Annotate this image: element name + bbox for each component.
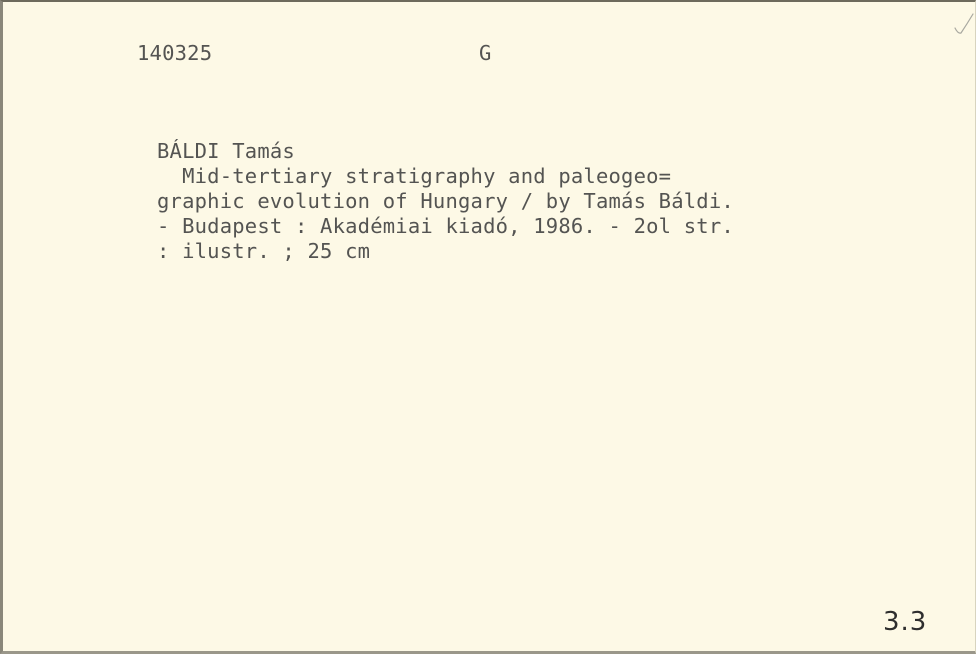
description-line: graphic evolution of Hungary / by Tamás … [157,189,734,214]
check-mark-icon [953,12,975,36]
description-line: : ilustr. ; 25 cm [157,239,370,264]
accession-number: 140325 [137,41,212,66]
author-heading: BÁLDI Tamás [157,139,295,164]
handwritten-note: 3.3 [883,607,927,637]
location-code: G [479,41,492,66]
description-line: - Budapest : Akadémiai kiadó, 1986. - 2o… [157,214,734,239]
catalog-card: 140325 G BÁLDI Tamás Mid-tertiary strati… [0,0,976,654]
description-line: Mid-tertiary stratigraphy and paleogeo= [157,164,671,189]
